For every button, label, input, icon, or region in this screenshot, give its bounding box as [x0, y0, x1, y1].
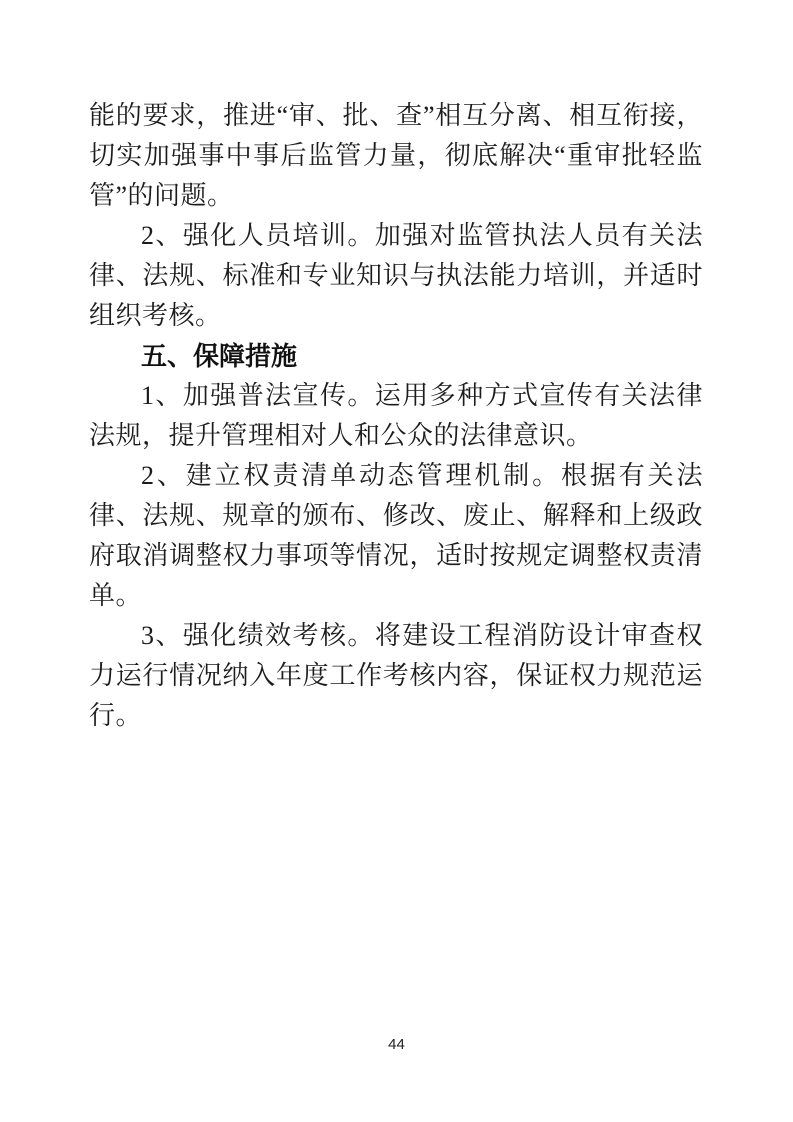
body-paragraph: 1、加强普法宣传。运用多种方式宣传有关法律法规，提升管理相对人和公众的法律意识。: [89, 376, 703, 456]
section-heading: 五、保障措施: [89, 336, 703, 376]
document-page: 能的要求，推进“审、批、查”相互分离、相互衔接，切实加强事中事后监管力量，彻底解…: [0, 0, 793, 1122]
body-paragraph: 3、强化绩效考核。将建设工程消防设计审查权力运行情况纳入年度工作考核内容，保证权…: [89, 616, 703, 736]
body-paragraph: 2、建立权责清单动态管理机制。根据有关法律、法规、规章的颁布、修改、废止、解释和…: [89, 456, 703, 616]
body-paragraph: 2、强化人员培训。加强对监管执法人员有关法律、法规、标准和专业知识与执法能力培训…: [89, 216, 703, 336]
page-number: 44: [0, 1036, 793, 1053]
document-body: 能的要求，推进“审、批、查”相互分离、相互衔接，切实加强事中事后监管力量，彻底解…: [89, 96, 703, 736]
body-paragraph: 能的要求，推进“审、批、查”相互分离、相互衔接，切实加强事中事后监管力量，彻底解…: [89, 96, 703, 216]
